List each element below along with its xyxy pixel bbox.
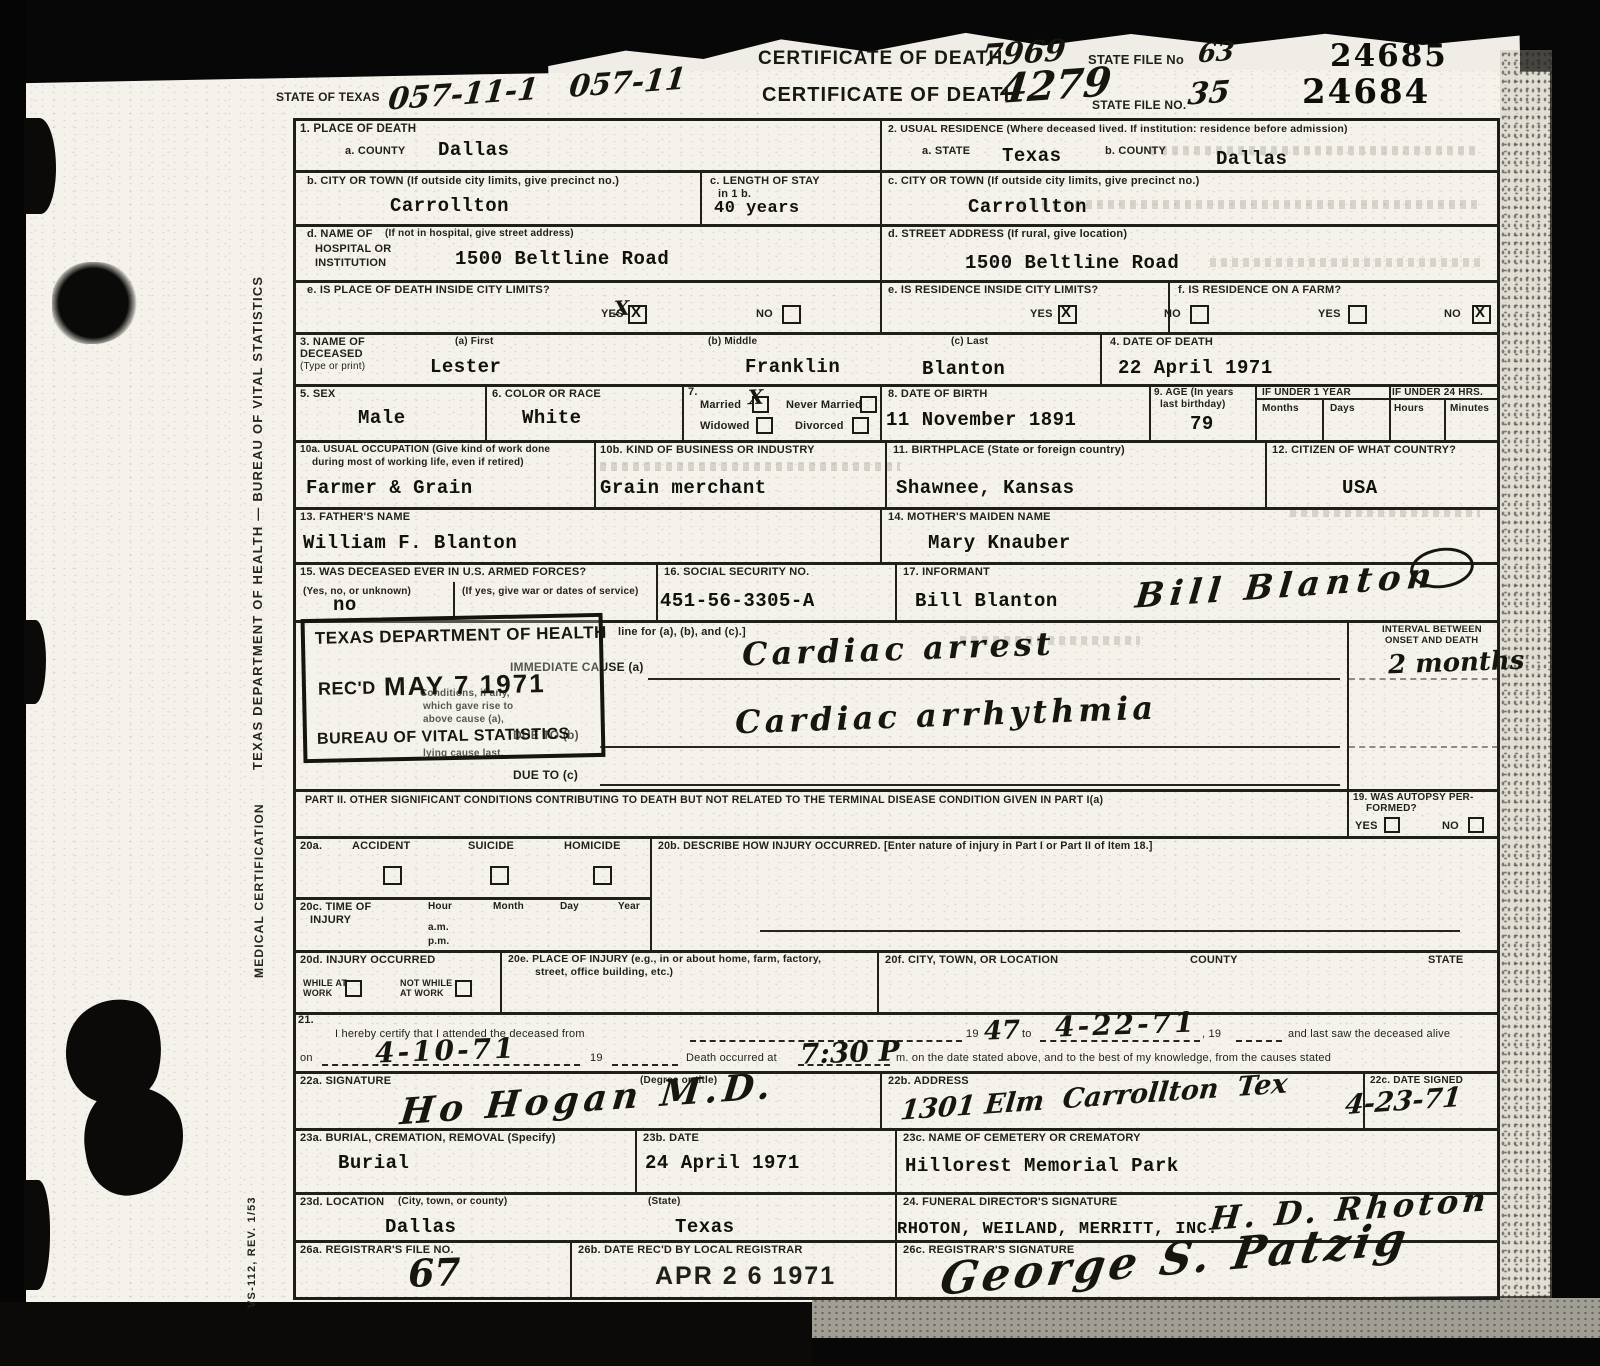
received-stamp: TEXAS DEPARTMENT OF HEALTH REC'D MAY 7 1… bbox=[301, 613, 606, 763]
homicide-label: HOMICIDE bbox=[564, 840, 621, 852]
burial-date-value: 24 April 1971 bbox=[645, 1152, 800, 1174]
behind-file-no: 63 bbox=[1196, 37, 1235, 70]
city-limits-yes-checkbox: X bbox=[628, 305, 647, 324]
hospital-note: (If not in hospital, give street address… bbox=[385, 228, 574, 239]
occupation-label-1: 10a. USUAL OCCUPATION (Give kind of work… bbox=[300, 444, 550, 455]
autopsy-label-1: 19. WAS AUTOPSY PER- bbox=[1353, 792, 1474, 803]
date-of-birth-label: 8. DATE OF BIRTH bbox=[888, 388, 988, 400]
divider-under-header bbox=[1255, 398, 1500, 400]
am-label: a.m. bbox=[428, 922, 449, 933]
burial-label: 23a. BURIAL, CREMATION, REMOVAL (Specify… bbox=[300, 1132, 556, 1144]
suicide-label: SUICIDE bbox=[468, 840, 514, 852]
date-of-death-label: 4. DATE OF DEATH bbox=[1110, 336, 1213, 348]
state-file-label: STATE FILE NO. bbox=[1092, 98, 1186, 112]
check-mark: X bbox=[631, 304, 645, 321]
street-address-label: d. STREET ADDRESS (If rural, give locati… bbox=[888, 228, 1127, 240]
state-value: Texas bbox=[1002, 145, 1062, 167]
cause-a-line bbox=[648, 678, 1340, 680]
burial-location-sub2: (State) bbox=[648, 1196, 681, 1207]
name-label-3: (Type or print) bbox=[300, 361, 365, 372]
farm-no-checkbox: X bbox=[1472, 305, 1491, 324]
cell-describe-injury bbox=[650, 836, 1500, 950]
scan-bottom-edge bbox=[812, 1298, 1600, 1338]
interval-rule bbox=[1349, 678, 1498, 680]
time-of-injury-label-1: 20c. TIME OF bbox=[300, 901, 371, 913]
not-while-at-work-label-2: AT WORK bbox=[400, 988, 444, 998]
day-label: Day bbox=[560, 901, 579, 912]
cemetery-value: Hillorest Memorial Park bbox=[905, 1155, 1179, 1177]
margin-medical-certification: MEDICAL CERTIFICATION bbox=[252, 768, 266, 978]
scan-bottom-band bbox=[0, 1302, 812, 1366]
date-received-label: 26b. DATE REC'D BY LOCAL REGISTRAR bbox=[578, 1244, 803, 1256]
date-of-death-value: 22 April 1971 bbox=[1118, 357, 1273, 379]
res-city-town-value: Carrollton bbox=[968, 196, 1087, 218]
farm-no: NO bbox=[1444, 308, 1461, 320]
interval-value: 2 months bbox=[1388, 646, 1525, 681]
race-value: White bbox=[522, 407, 582, 429]
last-name-value: Blanton bbox=[922, 358, 1005, 380]
check-mark: X bbox=[1475, 304, 1489, 321]
armed-forces-value: no bbox=[333, 594, 357, 616]
certify-date-to: 4-22-71 bbox=[1054, 1006, 1197, 1044]
certify-text-2: and last saw the deceased alive bbox=[1288, 1028, 1450, 1040]
informant-label: 17. INFORMANT bbox=[903, 566, 990, 578]
city-limits-label: e. IS PLACE OF DEATH INSIDE CITY LIMITS? bbox=[307, 284, 550, 296]
certify-19-3: 19 bbox=[590, 1052, 603, 1064]
not-while-at-work-checkbox bbox=[455, 980, 472, 997]
autopsy-label-2: FORMED? bbox=[1366, 803, 1417, 814]
birthplace-value: Shawnee, Kansas bbox=[896, 477, 1075, 499]
scan-left-bar bbox=[0, 0, 26, 1366]
hospital-label2: HOSPITAL OR bbox=[315, 243, 391, 255]
age-label-1: 9. AGE (In years bbox=[1154, 387, 1234, 398]
homicide-checkbox bbox=[593, 866, 612, 885]
never-married-label: Never Married bbox=[786, 399, 862, 411]
married-label: Married bbox=[700, 399, 741, 411]
certify-blank-3 bbox=[1236, 1040, 1282, 1042]
widowed-label: Widowed bbox=[700, 420, 750, 432]
divider-months-days bbox=[1322, 398, 1324, 440]
address-label: 22b. ADDRESS bbox=[888, 1075, 969, 1087]
certify-19-2: , 19 bbox=[1202, 1028, 1221, 1040]
under-1-year-label: IF UNDER 1 YEAR bbox=[1262, 387, 1351, 398]
occupation-value: Farmer & Grain bbox=[306, 477, 473, 499]
stamp-line-3: BUREAU OF VITAL STATISTICS bbox=[317, 726, 570, 749]
under-24-hrs-label: IF UNDER 24 HRS. bbox=[1392, 387, 1483, 398]
burial-location-label: 23d. LOCATION bbox=[300, 1196, 384, 1208]
due-to-c-label: DUE TO (c) bbox=[513, 768, 578, 782]
describe-injury-line bbox=[760, 930, 1460, 932]
res-city-limits-label: e. IS RESIDENCE INSIDE CITY LIMITS? bbox=[888, 284, 1098, 296]
widowed-checkbox bbox=[756, 417, 773, 434]
state-file-number: 35 bbox=[1186, 74, 1231, 112]
autopsy-yes-checkbox bbox=[1384, 817, 1400, 833]
describe-injury-label: 20b. DESCRIBE HOW INJURY OCCURRED. [Ente… bbox=[658, 840, 1153, 852]
certify-blank-5 bbox=[612, 1064, 678, 1066]
marital-number: 7. bbox=[688, 386, 698, 398]
suicide-checkbox bbox=[490, 866, 509, 885]
name-label-1: 3. NAME OF bbox=[300, 336, 365, 348]
behind-serial: 24685 bbox=[1330, 38, 1448, 74]
scan-right-edge bbox=[1500, 50, 1552, 1305]
burial-state-value: Texas bbox=[675, 1216, 735, 1238]
hospital-value: 1500 Beltline Road bbox=[455, 248, 669, 270]
ssn-value: 451-56-3305-A bbox=[660, 590, 815, 612]
res-city-town-label: c. CITY OR TOWN (If outside city limits,… bbox=[888, 175, 1200, 187]
funeral-director-label: 24. FUNERAL DIRECTOR'S SIGNATURE bbox=[903, 1196, 1117, 1208]
city-limits-no-checkbox bbox=[782, 305, 801, 324]
street-address-value: 1500 Beltline Road bbox=[965, 252, 1179, 274]
place-of-death-title: 1. PLACE OF DEATH bbox=[300, 123, 416, 135]
burial-date-label: 23b. DATE bbox=[643, 1132, 699, 1144]
margin-department-text: TEXAS DEPARTMENT OF HEALTH — BUREAU OF V… bbox=[250, 120, 265, 770]
certify-19-1: 19 bbox=[966, 1028, 979, 1040]
certify-text-3: Death occurred at bbox=[686, 1052, 777, 1064]
margin-form-code: VS-112, REV. 1/53 bbox=[246, 1148, 258, 1308]
first-name-label: (a) First bbox=[455, 336, 493, 347]
while-at-work-checkbox bbox=[345, 980, 362, 997]
res-limits-yes: YES bbox=[1030, 308, 1053, 320]
father-value: William F. Blanton bbox=[303, 532, 517, 554]
hours-label: Hours bbox=[1394, 403, 1424, 414]
city-town-label: b. CITY OR TOWN (If outside city limits,… bbox=[307, 175, 619, 187]
divorced-checkbox bbox=[852, 417, 869, 434]
accident-checkbox bbox=[383, 866, 402, 885]
res-county-label: b. COUNTY bbox=[1105, 145, 1166, 157]
minutes-label: Minutes bbox=[1450, 403, 1489, 414]
place-of-injury-label-2: street, office building, etc.) bbox=[535, 967, 673, 978]
father-label: 13. FATHER'S NAME bbox=[300, 511, 410, 523]
divider-armed-forces bbox=[453, 582, 455, 620]
certificate-serial: 24684 bbox=[1302, 72, 1430, 112]
res-county-value: Dallas bbox=[1216, 148, 1287, 170]
date-received-stamp: APR 2 6 1971 bbox=[655, 1262, 836, 1291]
burial-location-sub1: (City, town, or county) bbox=[398, 1196, 507, 1207]
stamp-recd: REC'D bbox=[318, 678, 376, 700]
certify-text-4: m. on the date stated above, and to the … bbox=[896, 1052, 1331, 1064]
armed-forces-sub2: (If yes, give war or dates of service) bbox=[462, 586, 639, 597]
item-20a-number: 20a. bbox=[300, 840, 322, 852]
time-of-injury-label-2: INJURY bbox=[310, 914, 351, 926]
state-of-texas-label: STATE OF TEXAS bbox=[276, 90, 380, 104]
last-name-label: (c) Last bbox=[951, 336, 988, 347]
length-of-stay-value: 40 years bbox=[714, 199, 800, 218]
check-mark: X bbox=[1061, 304, 1075, 321]
never-married-checkbox bbox=[860, 396, 877, 413]
cause-c-line bbox=[600, 784, 1340, 786]
age-label-2: last birthday) bbox=[1160, 399, 1226, 410]
autopsy-yes: YES bbox=[1355, 820, 1378, 832]
certify-date-on: 4-10-71 bbox=[374, 1032, 517, 1070]
sex-label: 5. SEX bbox=[300, 388, 335, 400]
hospital-label3: INSTITUTION bbox=[315, 257, 386, 269]
cause-b-line bbox=[600, 746, 1340, 748]
interval-label-2: ONSET AND DEATH bbox=[1385, 635, 1478, 646]
informant-value: Bill Blanton bbox=[915, 590, 1058, 612]
part2-text: PART II. OTHER SIGNIFICANT CONDITIONS CO… bbox=[305, 794, 1103, 806]
injury-occurred-label: 20d. INJURY OCCURRED bbox=[300, 954, 435, 966]
while-at-work-label-1: WHILE AT bbox=[303, 978, 347, 988]
farm-yes: YES bbox=[1318, 308, 1341, 320]
cemetery-label: 23c. NAME OF CEMETERY OR CREMATORY bbox=[903, 1132, 1141, 1144]
place-of-injury-label-1: 20e. PLACE OF INJURY (e.g., in or about … bbox=[508, 954, 821, 965]
race-label: 6. COLOR OR RACE bbox=[492, 388, 601, 400]
farm-yes-checkbox bbox=[1348, 305, 1367, 324]
armed-forces-sub1: (Yes, no, or unknown) bbox=[303, 586, 411, 597]
injury-city-label: 20f. CITY, TOWN, OR LOCATION bbox=[885, 954, 1058, 966]
city-limits-extra-x: X bbox=[614, 296, 630, 321]
city-town-value: Carrollton bbox=[390, 195, 509, 217]
farm-label: f. IS RESIDENCE ON A FARM? bbox=[1178, 284, 1341, 296]
signature-label: 22a. SIGNATURE bbox=[300, 1075, 391, 1087]
mother-label: 14. MOTHER'S MAIDEN NAME bbox=[888, 511, 1051, 523]
name-label-2: DECEASED bbox=[300, 348, 363, 360]
citizen-label: 12. CITIZEN OF WHAT COUNTRY? bbox=[1272, 444, 1456, 456]
ink-blob bbox=[24, 1180, 50, 1290]
age-value: 79 bbox=[1190, 413, 1214, 435]
hour-label: Hour bbox=[428, 901, 452, 912]
ink-blob bbox=[24, 118, 56, 214]
first-name-value: Lester bbox=[430, 356, 501, 378]
month-label: Month bbox=[493, 901, 524, 912]
length-of-stay-label: c. LENGTH OF STAY bbox=[710, 175, 820, 187]
divorced-label: Divorced bbox=[795, 420, 844, 432]
certify-year-handwritten: 47 bbox=[983, 1015, 1020, 1046]
date-of-birth-value: 11 November 1891 bbox=[886, 409, 1076, 431]
occupation-label-2: during most of working life, even if ret… bbox=[312, 457, 524, 468]
citizen-value: USA bbox=[1342, 477, 1378, 499]
divider-hours-minutes bbox=[1444, 398, 1446, 440]
hospital-label: d. NAME OF bbox=[307, 228, 373, 240]
res-limits-yes-checkbox: X bbox=[1058, 305, 1077, 324]
armed-forces-label: 15. WAS DECEASED EVER IN U.S. ARMED FORC… bbox=[300, 566, 586, 578]
burial-value: Burial bbox=[338, 1152, 409, 1174]
interval-label-1: INTERVAL BETWEEN bbox=[1382, 624, 1482, 635]
stamp-date: MAY 7 1971 bbox=[384, 668, 546, 702]
res-limits-no: NO bbox=[1164, 308, 1181, 320]
middle-name-value: Franklin bbox=[745, 356, 840, 378]
state-label: a. STATE bbox=[922, 145, 970, 157]
not-while-at-work-label-1: NOT WHILE bbox=[400, 978, 452, 988]
cause-of-death-fragment: line for (a), (b), and (c).] bbox=[618, 626, 746, 638]
days-label: Days bbox=[1330, 403, 1355, 414]
pm-label: p.m. bbox=[428, 936, 449, 947]
injury-state-label: STATE bbox=[1428, 954, 1463, 966]
behind-title: CERTIFICATE OF DEATH bbox=[758, 48, 1003, 70]
certify-to: to bbox=[1022, 1028, 1032, 1040]
year-label: Year bbox=[618, 901, 640, 912]
stamp-line-1: TEXAS DEPARTMENT OF HEALTH bbox=[315, 623, 607, 649]
business-value: Grain merchant bbox=[600, 477, 767, 499]
scanned-death-certificate: CERTIFICATE OF DEATH 7969 STATE FILE No … bbox=[0, 0, 1600, 1366]
certify-time: 7:30 P bbox=[799, 1034, 900, 1070]
res-limits-no-checkbox bbox=[1190, 305, 1209, 324]
married-x: X bbox=[748, 385, 764, 410]
county-label: a. COUNTY bbox=[345, 145, 405, 157]
certificate-title: CERTIFICATE OF DEATH bbox=[762, 84, 1019, 107]
business-label: 10b. KIND OF BUSINESS OR INDUSTRY bbox=[600, 444, 815, 456]
injury-county-label: COUNTY bbox=[1190, 954, 1238, 966]
city-limits-no: NO bbox=[756, 308, 773, 320]
certify-on: on bbox=[300, 1052, 313, 1064]
autopsy-no-checkbox bbox=[1468, 817, 1484, 833]
interval-rule bbox=[1349, 746, 1498, 748]
autopsy-no: NO bbox=[1442, 820, 1459, 832]
accident-label: ACCIDENT bbox=[352, 840, 410, 852]
middle-name-label: (b) Middle bbox=[708, 336, 757, 347]
county-value: Dallas bbox=[438, 139, 509, 161]
mother-value: Mary Knauber bbox=[928, 532, 1071, 554]
months-label: Months bbox=[1262, 403, 1299, 414]
item-21-number: 21. bbox=[298, 1014, 314, 1026]
birthplace-label: 11. BIRTHPLACE (State or foreign country… bbox=[893, 444, 1125, 456]
burial-city-value: Dallas bbox=[385, 1216, 456, 1238]
ssn-label: 16. SOCIAL SECURITY NO. bbox=[664, 566, 809, 578]
registrar-file-value: 67 bbox=[407, 1249, 461, 1296]
sex-value: Male bbox=[358, 407, 406, 429]
while-at-work-label-2: WORK bbox=[303, 988, 332, 998]
usual-residence-title: 2. USUAL RESIDENCE (Where deceased lived… bbox=[888, 123, 1348, 135]
